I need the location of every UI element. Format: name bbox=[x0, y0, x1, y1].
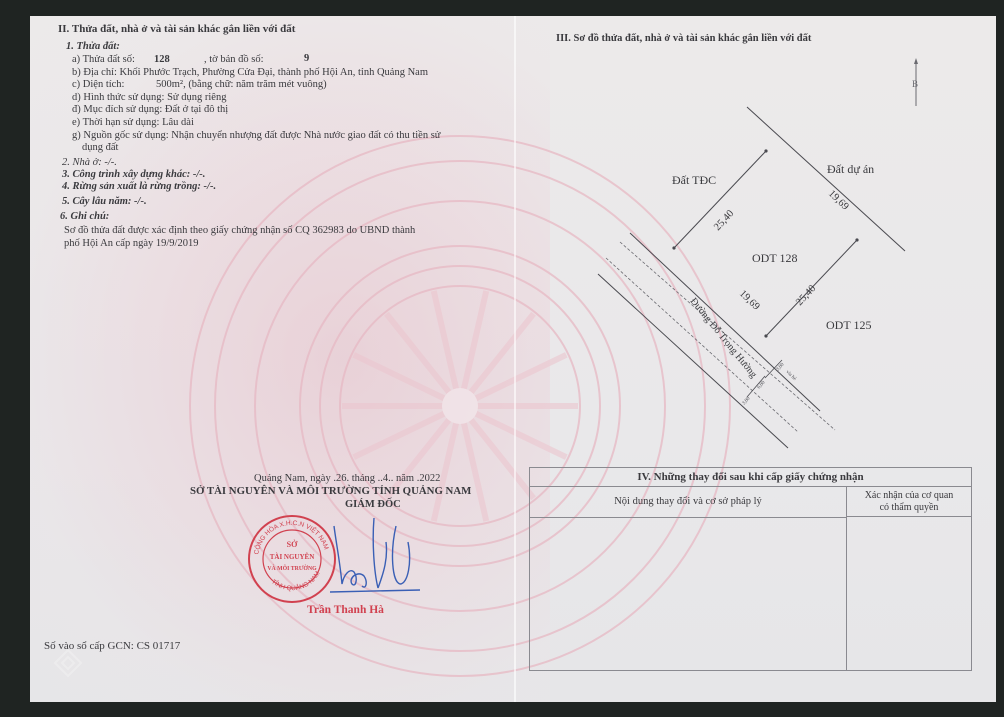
col2-line1: Xác nhận của cơ quan bbox=[847, 490, 971, 502]
dim-southwest: 19,69 bbox=[737, 288, 762, 312]
label-parcel: ODT 128 bbox=[752, 251, 797, 265]
dim-sidewalk-near: 3,00 bbox=[776, 362, 786, 372]
changes-table: IV. Những thay đổi sau khi cấp giấy chứn… bbox=[529, 467, 972, 671]
dim-northeast: 19,69 bbox=[826, 188, 851, 212]
label-sidewalk: vỉa hè bbox=[785, 370, 798, 383]
road-name: Đường Đỗ Trọng Hường bbox=[688, 296, 759, 380]
label-resettlement-land: Đất TĐC bbox=[672, 173, 716, 187]
col-authority-confirmation: Xác nhận của cơ quan có thẩm quyền bbox=[847, 487, 971, 517]
dim-sidewalk-far: 3,00 bbox=[742, 396, 752, 406]
col-change-content: Nội dung thay đổi và cơ sở pháp lý bbox=[530, 487, 847, 518]
section4-title: IV. Những thay đổi sau khi cấp giấy chứn… bbox=[530, 468, 971, 487]
label-neighbor: ODT 125 bbox=[826, 318, 871, 332]
north-label: B bbox=[912, 79, 918, 89]
table-divider bbox=[846, 517, 847, 670]
dim-northwest: 25,40 bbox=[712, 208, 736, 233]
certificate-page: II. Thửa đất, nhà ở và tài sản khác gắn … bbox=[30, 16, 996, 702]
dim-roadway: 6,00 bbox=[757, 380, 767, 390]
dim-southeast: 25,40 bbox=[794, 283, 818, 308]
label-project-land: Đất dự án bbox=[827, 162, 874, 176]
col2-line2: có thẩm quyền bbox=[847, 502, 971, 514]
